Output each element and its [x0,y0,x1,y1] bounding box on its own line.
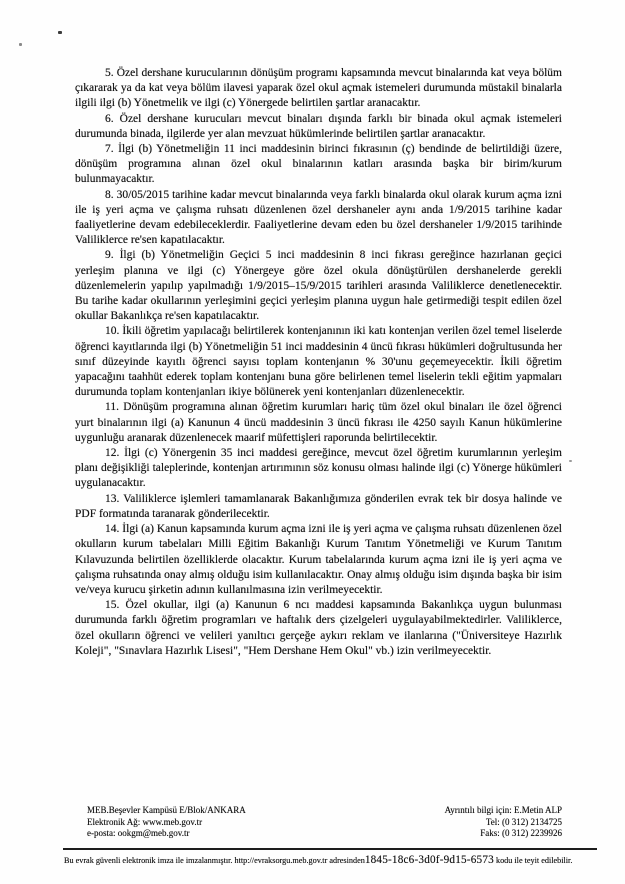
paragraph-15: 15. Özel okullar, ilgi (a) Kanunun 6 ncı… [75,598,562,659]
scan-artifact-speck [569,460,572,462]
footer-fax: Faks: (0 312) 2239926 [445,828,562,840]
footer-phone: Tel: (0 312) 2134725 [445,817,562,829]
paragraph-6: 6. Özel dershane kurucuları mevcut binal… [75,112,562,142]
document-body: 5. Özel dershane kurucularının dönüşüm p… [75,66,562,659]
verification-text-prefix: Bu evrak güvenli elektronik imza ile imz… [64,856,365,865]
footer-contact-left: MEB.Beşevler Kampüsü E/Blok/ANKARA Elekt… [87,805,246,840]
scan-artifact-speck [19,43,22,46]
footer-contact-right: Ayrıntılı bilgi için: E.Metin ALP Tel: (… [445,805,562,840]
verification-code: 1845-18c6-3d0f-9d15-6573 [365,854,494,866]
paragraph-5: 5. Özel dershane kurucularının dönüşüm p… [75,66,562,112]
footer-separator-line [63,848,597,850]
verification-text-suffix: kodu ile teyit edilebilir. [494,856,572,865]
footer-website: Elektronik Ağ: www.meb.gov.tr [87,817,246,829]
scan-artifact-speck [58,31,62,34]
scanned-document-page: 5. Özel dershane kurucularının dönüşüm p… [0,0,625,884]
e-signature-verification: Bu evrak güvenli elektronik imza ile imz… [64,855,609,866]
paragraph-12: 12. İlgi (c) Yönergenin 35 inci maddesi … [75,446,562,492]
paragraph-8: 8. 30/05/2015 tarihine kadar mevcut bina… [75,188,562,249]
paragraph-7: 7. İlgi (b) Yönetmeliğin 11 inci maddesi… [75,142,562,188]
letter-footer: MEB.Beşevler Kampüsü E/Blok/ANKARA Elekt… [87,805,562,840]
paragraph-9: 9. İlgi (b) Yönetmeliğin Geçici 5 inci m… [75,248,562,324]
paragraph-10: 10. İkili öğretim yapılacağı belirtilere… [75,324,562,400]
paragraph-11: 11. Dönüşüm programına alınan öğretim ku… [75,400,562,446]
footer-email: e-posta: ookgm@meb.gov.tr [87,828,246,840]
paragraph-14: 14. İlgi (a) Kanun kapsamında kurum açma… [75,522,562,598]
footer-info-person: Ayrıntılı bilgi için: E.Metin ALP [445,805,562,817]
paragraph-13: 13. Valiliklerce işlemleri tamamlanarak … [75,492,562,522]
footer-address: MEB.Beşevler Kampüsü E/Blok/ANKARA [87,805,246,817]
